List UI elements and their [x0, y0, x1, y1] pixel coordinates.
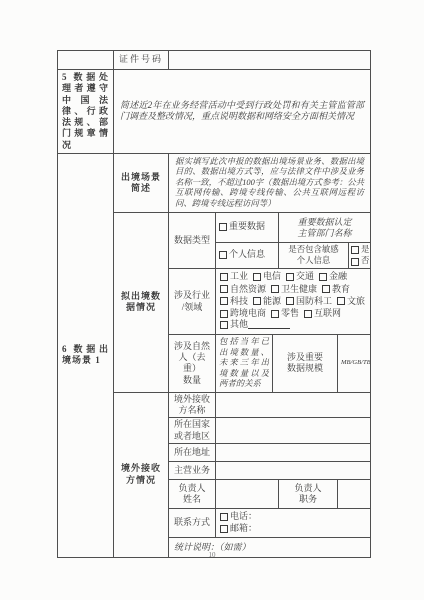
overseas-recipient-group-label: 境外接收方情况 — [114, 392, 169, 557]
industry-checkbox-label: 工业 — [230, 271, 248, 282]
checkbox-icon — [351, 258, 359, 266]
section6-label: 6 数据出境场景 1 — [58, 153, 114, 557]
checkbox-icon — [286, 297, 294, 305]
industry-checkbox-label: 科技 — [230, 296, 248, 307]
industry-checkbox-label: 国防科工 — [296, 296, 332, 307]
no-checkbox-label: 否 — [361, 256, 369, 267]
section5-label: 5 数据处理者遵守中国法律、行政法规、部门规章情况 — [58, 70, 114, 154]
industry-checkbox[interactable]: 金融 — [319, 271, 347, 282]
sensitive-info-question: 是否包含敏感 个人信息 — [279, 243, 349, 269]
industry-checkbox[interactable]: 卫生健康 — [271, 284, 317, 295]
cert-number-label: 证件号码 — [114, 51, 169, 70]
industry-checkbox[interactable]: 电信 — [253, 271, 281, 282]
checkbox-icon — [220, 285, 228, 293]
important-data-scale-unit: MB/GB/TB — [338, 335, 371, 393]
checkbox-icon — [220, 513, 228, 521]
cert-number-value — [169, 51, 371, 70]
scanned-form-page: 证件号码 5 数据处理者遵守中国法律、行政法规、部门规章情况 简述近2年在业务经… — [0, 0, 424, 600]
checkbox-icon — [220, 321, 228, 329]
industry-checkbox[interactable]: 跨境电商 — [220, 308, 266, 319]
checkbox-icon — [351, 246, 359, 254]
important-data-authority-note: 重要数据认定 主管部门名称 — [279, 213, 371, 243]
industry-checkbox-label: 卫生健康 — [281, 284, 317, 295]
industry-checkbox[interactable]: 国防科工 — [286, 296, 332, 307]
industry-checkbox[interactable]: 零售 — [271, 308, 299, 319]
industry-checkbox[interactable]: 工业 — [220, 271, 248, 282]
data-type-label: 数据类型 — [169, 213, 216, 269]
yes-no-stack: 是 否 — [351, 245, 368, 267]
personal-info-checkbox[interactable]: 个人信息 — [219, 249, 265, 260]
industry-other-checkbox[interactable]: 其他 — [220, 319, 248, 330]
recipient-business-value — [216, 462, 371, 480]
checkbox-icon — [220, 310, 228, 318]
principal-name-value — [216, 480, 279, 509]
personal-info-checkbox-label: 个人信息 — [229, 249, 265, 260]
contact-value-cell: 电话： 邮箱： — [216, 509, 371, 538]
scene-brief-instructions: 据实填写此次申报的数据出境场景业务、数据出境目的、数据出境方式等，应与法律文件中… — [169, 153, 371, 213]
outbound-data-group-label: 拟出境数据情况 — [114, 213, 169, 392]
recipient-business-label: 主营业务 — [169, 462, 216, 480]
industry-label: 涉及行业 /领域 — [169, 269, 216, 335]
declaration-form-table: 证件号码 5 数据处理者遵守中国法律、行政法规、部门规章情况 简述近2年在业务经… — [57, 50, 371, 558]
checkbox-icon — [253, 297, 261, 305]
industry-other-line: 其他 — [220, 319, 366, 332]
recipient-name-label: 境外接收 方名称 — [169, 392, 216, 418]
natural-person-count-label: 涉及自然 人（去重） 数量 — [169, 335, 216, 393]
important-data-scale-label: 涉及重要 数据规模 — [273, 335, 338, 393]
checkbox-icon — [337, 297, 345, 305]
industry-checkbox[interactable]: 文旅 — [337, 296, 365, 307]
yes-checkbox[interactable]: 是 — [351, 245, 368, 256]
important-data-cell: 重要数据 — [216, 213, 279, 243]
recipient-address-value — [216, 444, 371, 462]
page-number: 10 — [0, 551, 424, 559]
industry-options-cell: 工业 电信 交通 金融 自然资源 卫生健康 教育 科技 — [216, 269, 371, 335]
yes-checkbox-label: 是 — [361, 245, 369, 256]
industry-checkbox-label: 交通 — [296, 271, 314, 282]
contact-label: 联系方式 — [169, 509, 216, 538]
checkbox-icon — [322, 285, 330, 293]
checkbox-icon — [319, 273, 327, 281]
checkbox-icon — [271, 310, 279, 318]
checkbox-icon — [219, 251, 227, 259]
checkbox-icon — [271, 285, 279, 293]
industry-checkbox-label: 零售 — [281, 308, 299, 319]
checkbox-icon — [304, 310, 312, 318]
checkbox-icon — [220, 297, 228, 305]
important-data-checkbox-label: 重要数据 — [229, 221, 265, 232]
industry-checkbox[interactable]: 互联网 — [304, 308, 341, 319]
industry-checkbox-label: 电信 — [263, 271, 281, 282]
principal-title-label: 负责人 职务 — [279, 480, 338, 509]
checkbox-icon — [253, 273, 261, 281]
checkbox-icon — [220, 525, 228, 533]
personal-info-cell: 个人信息 — [216, 243, 279, 269]
industry-checkbox[interactable]: 教育 — [322, 284, 350, 295]
recipient-country-value — [216, 418, 371, 444]
principal-title-value — [338, 480, 371, 509]
no-checkbox[interactable]: 否 — [351, 256, 368, 267]
recipient-country-label: 所在国家 或者地区 — [169, 418, 216, 444]
important-data-checkbox[interactable]: 重要数据 — [219, 221, 265, 232]
industry-checkbox-label: 教育 — [332, 284, 350, 295]
industry-other-checkbox-label: 其他 — [230, 319, 248, 330]
industry-checkbox-label: 文旅 — [347, 296, 365, 307]
section5-instructions: 简述近2年在业务经营活动中受到行政处罚和有关主管监管部门调查及整改情况，重点说明… — [114, 70, 371, 154]
industry-checkbox-label: 自然资源 — [230, 284, 266, 295]
industry-checkbox-label: 跨境电商 — [230, 308, 266, 319]
industry-checkbox-label: 互联网 — [314, 308, 341, 319]
scene-brief-label: 出境场景简述 — [114, 153, 169, 213]
industry-checkbox-label: 金融 — [329, 271, 347, 282]
industry-checkbox-label: 能源 — [263, 296, 281, 307]
natural-person-count-note: 包括当年已出境数量、未来三年出境数量以及两者的关系 — [216, 335, 273, 393]
industry-checkbox[interactable]: 能源 — [253, 296, 281, 307]
industry-checkbox[interactable]: 科技 — [220, 296, 248, 307]
recipient-address-label: 所在地址 — [169, 444, 216, 462]
phone-checkbox-label: 电话： — [230, 511, 257, 522]
email-checkbox-label: 邮箱： — [230, 523, 257, 534]
principal-name-label: 负责人 姓名 — [169, 480, 216, 509]
industry-checkbox[interactable]: 自然资源 — [220, 284, 266, 295]
industry-checkbox[interactable]: 交通 — [286, 271, 314, 282]
phone-checkbox[interactable]: 电话： — [220, 511, 366, 522]
recipient-name-value — [216, 392, 371, 418]
contact-options: 电话： 邮箱： — [220, 511, 366, 535]
industry-options: 工业 电信 交通 金融 自然资源 卫生健康 教育 科技 — [220, 271, 366, 319]
checkbox-icon — [219, 223, 227, 231]
yes-no-cell: 是 否 — [349, 243, 371, 269]
checkbox-icon — [220, 273, 228, 281]
checkbox-icon — [286, 273, 294, 281]
email-checkbox[interactable]: 邮箱： — [220, 523, 366, 534]
other-fill-underline[interactable] — [248, 320, 290, 329]
empty-section-cell — [58, 51, 114, 70]
